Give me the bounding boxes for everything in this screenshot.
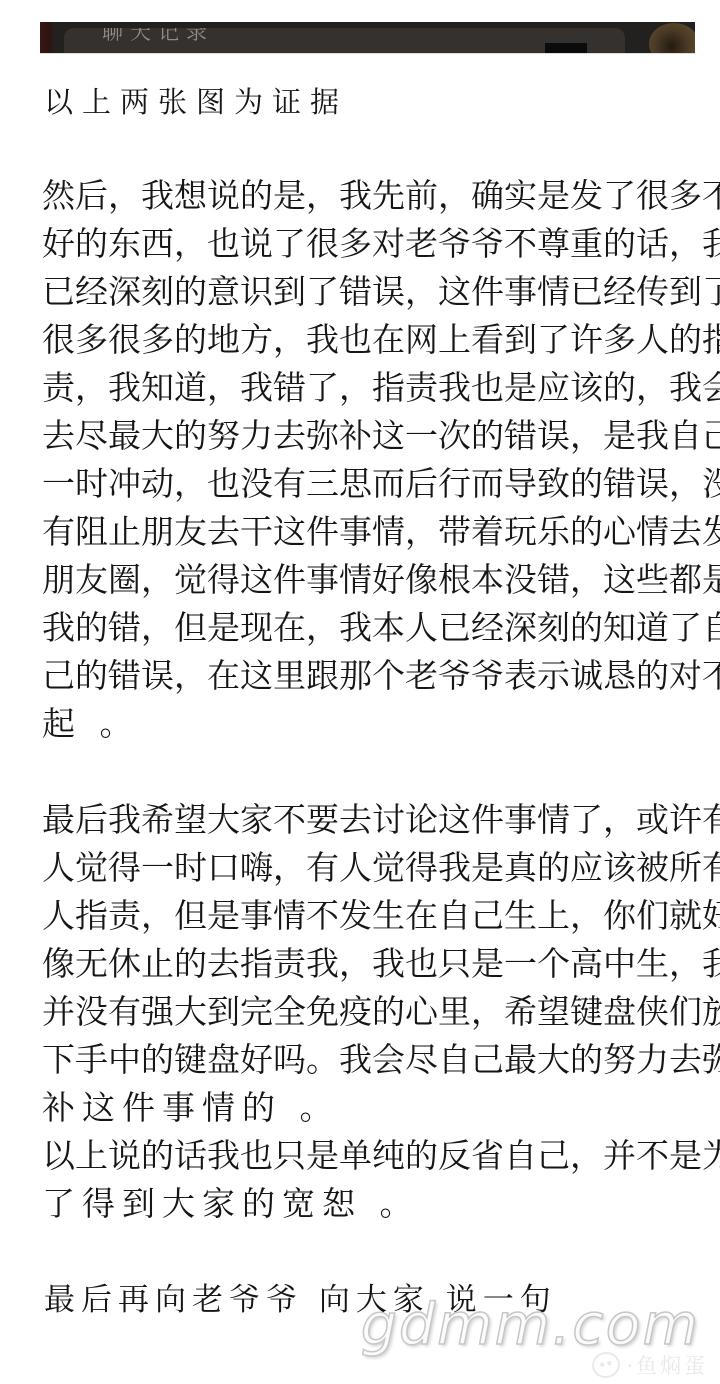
text-line: 然后，我想说的是，我先前，确实是发了很多不: [42, 172, 692, 220]
text-line: 人觉得一时口嗨，有人觉得我是真的应该被所有: [42, 844, 692, 892]
text-line: 好的东西，也说了很多对老爷爷不尊重的话，我: [42, 220, 692, 268]
text-line: 了得到大家的宽恕 。: [42, 1180, 692, 1228]
apology-letter-image: 聊天记录 以上两张图为证据 然后，我想说的是，我先前，确实是发了很多不好的东西，…: [0, 0, 720, 1384]
text-line: 以上说的话我也只是单纯的反省自己，并不是为: [42, 1132, 692, 1180]
paragraph-apology: 然后，我想说的是，我先前，确实是发了很多不好的东西，也说了很多对老爷爷不尊重的话…: [42, 172, 692, 748]
text-line: 责，我知道，我错了，指责我也是应该的，我会: [42, 364, 692, 412]
text-line: 很多很多的地方，我也在网上看到了许多人的指: [42, 316, 692, 364]
strip-left-edge: [40, 22, 56, 53]
text-line: 并没有强大到完全免疫的心里，希望键盘侠们放: [42, 988, 692, 1036]
text-line: 已经深刻的意识到了错误，这件事情已经传到了: [42, 268, 692, 316]
text-line: 一时冲动，也没有三思而后行而导致的错误，没: [42, 460, 692, 508]
emoji-badge-icon: [590, 1349, 623, 1380]
text-line: 有阻止朋友去干这件事情，带着玩乐的心情去发: [42, 508, 692, 556]
social-handle-text: ·鱼焖蛋: [626, 1350, 708, 1380]
text-line: 像无休止的去指责我，我也只是一个高中生，我: [42, 940, 692, 988]
text-line: 朋友圈，觉得这件事情好像根本没错，这些都是: [42, 556, 692, 604]
text-line: 下手中的键盘好吗。我会尽自己最大的努力去弥: [42, 1036, 692, 1084]
chat-header-title: 聊天记录: [102, 28, 214, 46]
avatar: [649, 23, 695, 54]
evidence-caption: 以上两张图为证据: [44, 80, 348, 121]
site-watermark: gdmm.com: [361, 1292, 700, 1358]
text-line: 起 。: [42, 700, 692, 748]
chat-screenshot-strip: 聊天记录: [40, 22, 695, 54]
chat-header-panel: 聊天记录: [64, 28, 625, 54]
text-line: 我的错，但是现在，我本人已经深刻的知道了自: [42, 604, 692, 652]
text-line: 己的错误，在这里跟那个老爷爷表示诚恳的对不: [42, 652, 692, 700]
social-watermark: ·鱼焖蛋: [592, 1350, 708, 1380]
text-line: 补这件事情的 。: [42, 1084, 692, 1132]
text-line: 最后我希望大家不要去讨论这件事情了，或许有: [42, 796, 692, 844]
strip-dark-rect: [545, 43, 587, 53]
text-line: 去尽最大的努力去弥补这一次的错误，是我自己: [42, 412, 692, 460]
text-line: 人指责，但是事情不发生在自己生上，你们就好: [42, 892, 692, 940]
paragraph-appeal: 最后我希望大家不要去讨论这件事情了，或许有人觉得一时口嗨，有人觉得我是真的应该被…: [42, 796, 692, 1228]
